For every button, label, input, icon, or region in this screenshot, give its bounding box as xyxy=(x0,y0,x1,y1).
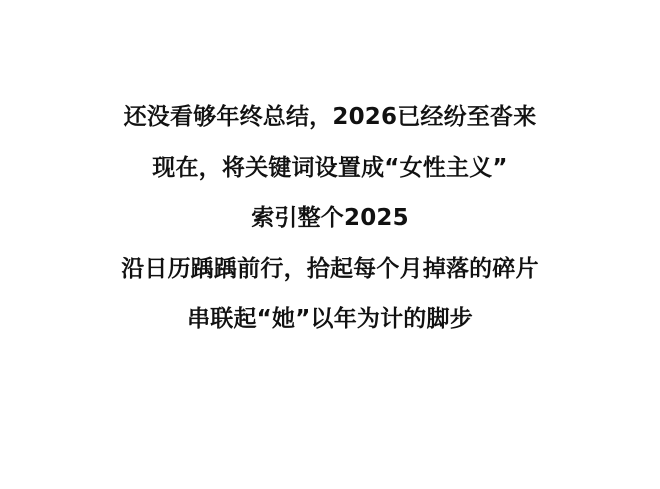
text-line-3: 索引整个2025 xyxy=(0,198,660,249)
text-line-1: 还没看够年终总结，2026已经纷至沓来 xyxy=(0,97,660,148)
text-line-4: 沿日历踽踽前行，拾起每个月掉落的碎片 xyxy=(0,249,660,300)
intro-text-block: 还没看够年终总结，2026已经纷至沓来 现在，将关键词设置成“女性主义” 索引整… xyxy=(0,97,660,350)
text-line-5: 串联起“她”以年为计的脚步 xyxy=(0,299,660,350)
text-line-2: 现在，将关键词设置成“女性主义” xyxy=(0,148,660,199)
